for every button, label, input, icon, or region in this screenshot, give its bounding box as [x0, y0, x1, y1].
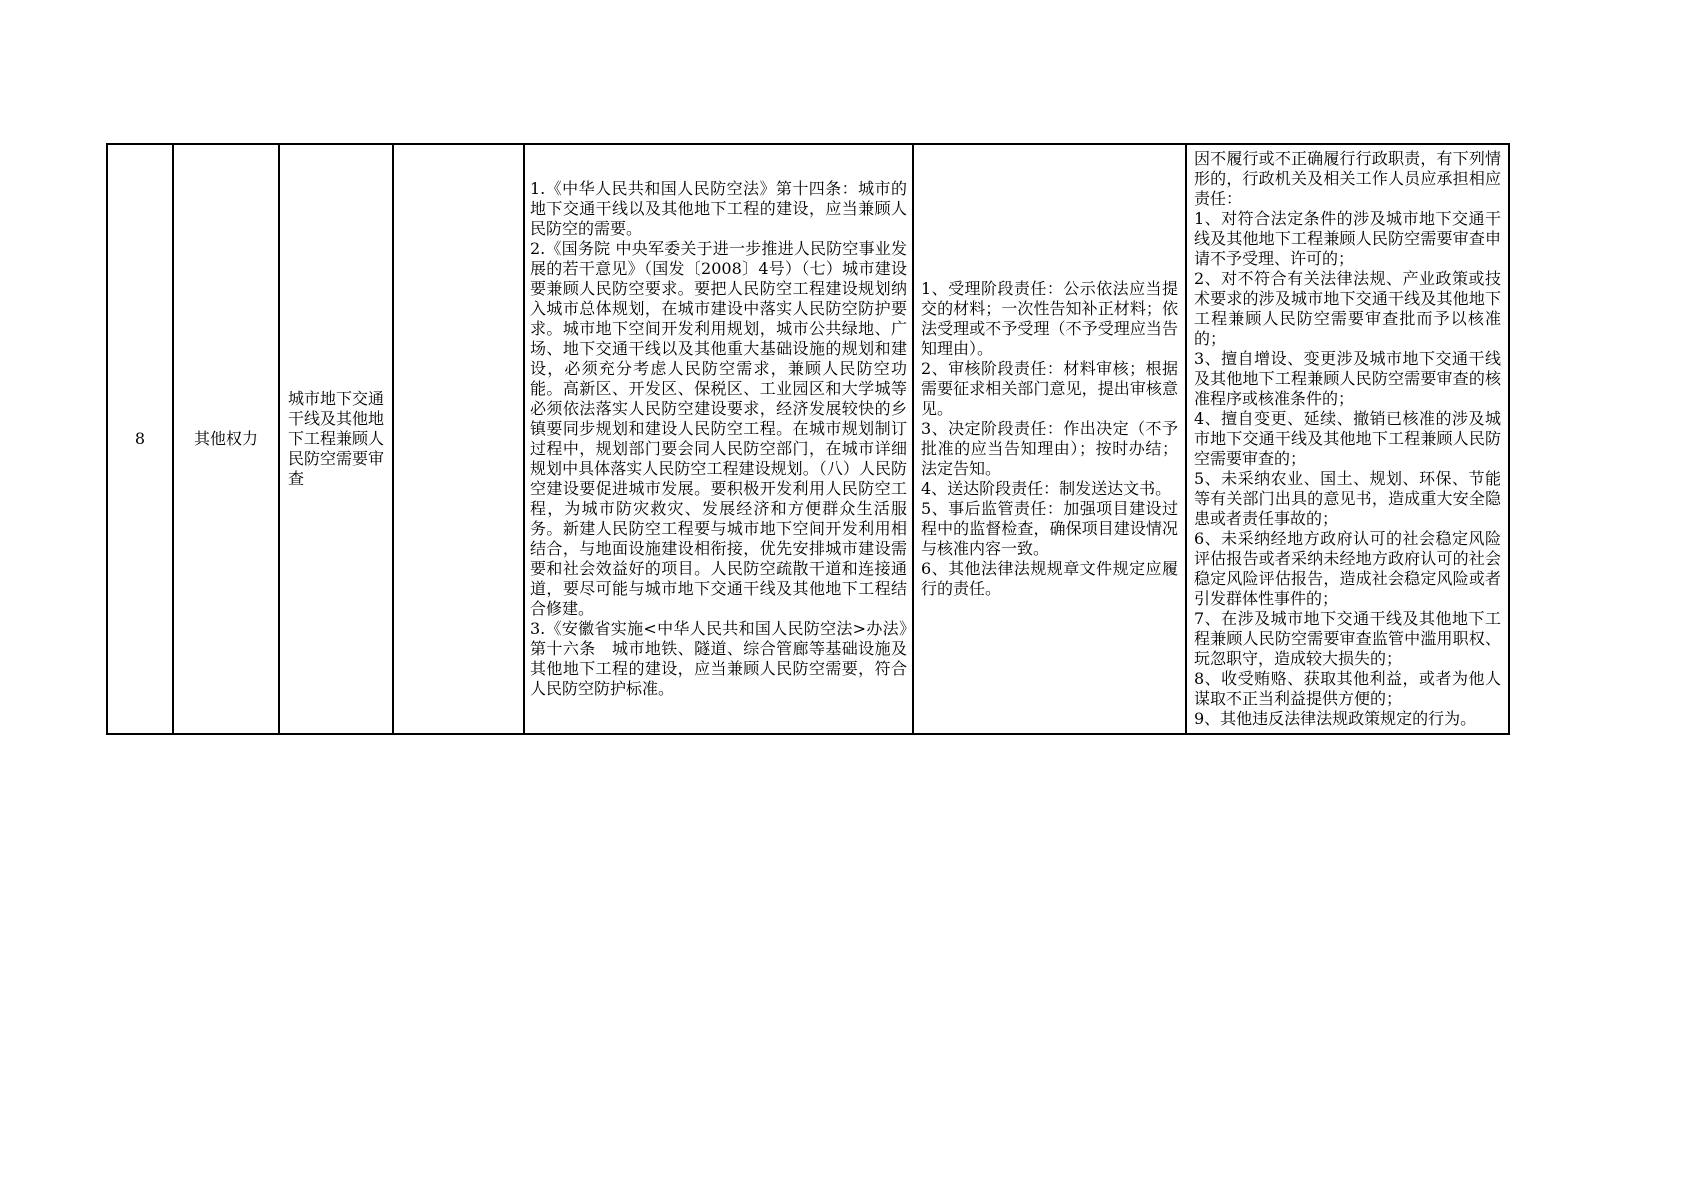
paragraph: 6、未采纳经地方政府认可的社会稳定风险评估报告或者采纳未经地方政府认可的社会稳定…: [1194, 529, 1501, 609]
paragraph: 2、对不符合有关法律法规、产业政策或技术要求的涉及城市地下交通干线及其他地下工程…: [1194, 269, 1501, 349]
paragraph: 因不履行或不正确履行行政职责，有下列情形的，行政机关及相关工作人员应承担相应责任…: [1194, 149, 1501, 209]
paragraph: 3、擅自增设、变更涉及城市地下交通干线及其他地下工程兼顾人民防空需要审查的核准程…: [1194, 349, 1501, 409]
paragraph: 7、在涉及城市地下交通干线及其他地下工程兼顾人民防空需要审查监管中滥用职权、玩忽…: [1194, 609, 1501, 669]
cell-accountability-situations: 因不履行或不正确履行行政职责，有下列情形的，行政机关及相关工作人员应承担相应责任…: [1186, 144, 1509, 734]
cell-responsibility-stages: 1、受理阶段责任：公示依法应当提交的材料；一次性告知补正材料；依法受理或不予受理…: [913, 144, 1186, 734]
paragraph: 5、事后监管责任：加强项目建设过程中的监督检查，确保项目建设情况与核准内容一致。: [921, 499, 1178, 559]
paragraph: 4、擅自变更、延续、撤销已核准的涉及城市地下交通干线及其他地下工程兼顾人民防空需…: [1194, 409, 1501, 469]
paragraph: 1.《中华人民共和国人民防空法》第十四条：城市的地下交通干线以及其他地下工程的建…: [530, 179, 907, 239]
paragraph: 3、决定阶段责任：作出决定（不予批准的应当告知理由）；按时办结；法定告知。: [921, 419, 1178, 479]
cell-power-type: 其他权力: [173, 144, 279, 734]
document-page: 8 其他权力 城市地下交通干线及其他地下工程兼顾人民防空需要审查 1.《中华人民…: [0, 0, 1684, 1190]
paragraph: 4、送达阶段责任：制发送达文书。: [921, 479, 1178, 499]
cell-legal-basis: 1.《中华人民共和国人民防空法》第十四条：城市的地下交通干线以及其他地下工程的建…: [524, 144, 913, 734]
paragraph: 8、收受贿赂、获取其他利益，或者为他人谋取不正当利益提供方便的；: [1194, 669, 1501, 709]
paragraph: 2.《国务院 中央军委关于进一步推进人民防空事业发展的若干意见》（国发〔2008…: [530, 239, 907, 619]
table-row: 8 其他权力 城市地下交通干线及其他地下工程兼顾人民防空需要审查 1.《中华人民…: [107, 144, 1509, 734]
paragraph: 6、其他法律法规规章文件规定应履行的责任。: [921, 559, 1178, 599]
cell-sequence-number: 8: [107, 144, 173, 734]
paragraph: 9、其他违反法律法规政策规定的行为。: [1194, 709, 1501, 729]
paragraph: 2、审核阶段责任：材料审核；根据需要征求相关部门意见，提出审核意见。: [921, 359, 1178, 419]
paragraph: 1、受理阶段责任：公示依法应当提交的材料；一次性告知补正材料；依法受理或不予受理…: [921, 279, 1178, 359]
paragraph: 1、对符合法定条件的涉及城市地下交通干线及其他地下工程兼顾人民防空需要审查申请不…: [1194, 209, 1501, 269]
power-responsibility-table: 8 其他权力 城市地下交通干线及其他地下工程兼顾人民防空需要审查 1.《中华人民…: [106, 143, 1510, 735]
paragraph: 5、未采纳农业、国土、规划、环保、节能等有关部门出具的意见书，造成重大安全隐患或…: [1194, 469, 1501, 529]
paragraph: 3.《安徽省实施<中华人民共和国人民防空法>办法》第十六条 城市地铁、隧道、综合…: [530, 619, 907, 699]
cell-power-name: 城市地下交通干线及其他地下工程兼顾人民防空需要审查: [279, 144, 393, 734]
cell-blank: [393, 144, 524, 734]
